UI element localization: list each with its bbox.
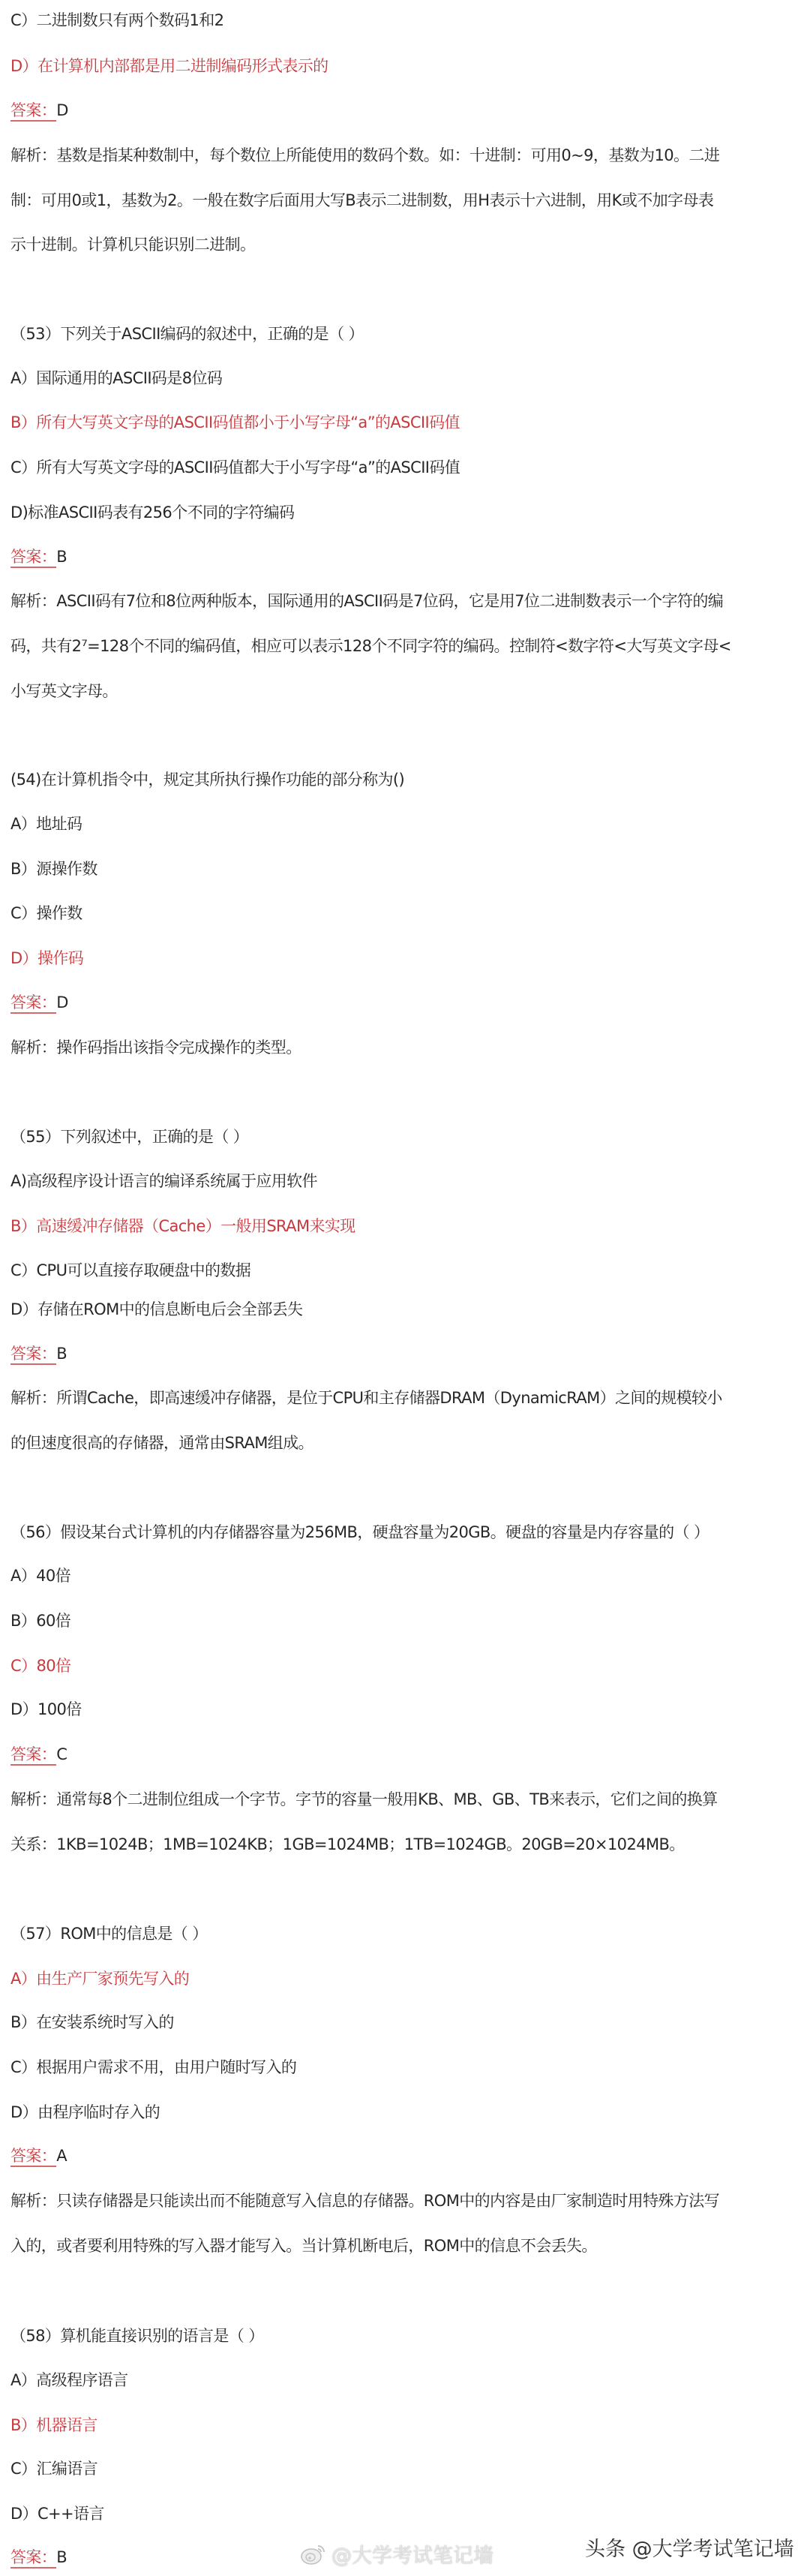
option-c: C）根据用户需求不用，由用户随时写入的 bbox=[10, 2056, 805, 2079]
option-d-correct: D）操作码 bbox=[10, 947, 805, 969]
explanation-line: 示十进制。计算机只能识别二进制。 bbox=[10, 233, 805, 256]
option-c: C）所有大写英文字母的ASCII码值都大于小写字母“a”的ASCII码值 bbox=[10, 456, 805, 479]
option-b: B）源操作数 bbox=[10, 858, 805, 880]
explanation-line: 入的，或者要利用特殊的写入器才能写入。当计算机断电后，ROM中的信息不会丢失。 bbox=[10, 2235, 805, 2257]
question-56-stem: （56）假设某台式计算机的内存储器容量为256MB，硬盘容量为20GB。硬盘的容… bbox=[10, 1521, 805, 1543]
question-54-stem: (54)在计算机指令中，规定其所执行操作功能的部分称为() bbox=[10, 768, 805, 791]
option-c: C）汇编语言 bbox=[10, 2457, 805, 2480]
answer-label: 答案： bbox=[10, 1345, 56, 1365]
answer-label: 答案： bbox=[10, 548, 56, 568]
explanation-line: 关系：1KB=1024B；1MB=1024KB；1GB=1024MB；1TB=1… bbox=[10, 1833, 805, 1856]
question-number: （55） bbox=[10, 1128, 60, 1146]
explanation-line: 解析：基数是指某种数制中，每个数位上所能使用的数码个数。如：十进制：可用0~9，… bbox=[10, 144, 805, 167]
option-a: A）40倍 bbox=[10, 1565, 805, 1587]
question-number: （56） bbox=[10, 1523, 60, 1541]
answer-value: B bbox=[56, 2548, 67, 2566]
answer-row: 答案：B bbox=[10, 546, 805, 568]
option-c: C）CPU可以直接存取硬盘中的数据 bbox=[10, 1259, 805, 1282]
question-number: （58） bbox=[10, 2327, 60, 2345]
option-d-correct: D）在计算机内部都是用二进制编码形式表示的 bbox=[10, 55, 805, 77]
question-55-stem: （55）下列叙述中，正确的是（ ） bbox=[10, 1126, 805, 1148]
toutiao-watermark: 头条 @大学考试笔记墙 bbox=[585, 2535, 794, 2565]
option-b-correct: B）机器语言 bbox=[10, 2414, 805, 2436]
answer-label: 答案： bbox=[10, 1745, 56, 1766]
answer-label: 答案： bbox=[10, 2548, 56, 2568]
answer-row: 答案：C bbox=[10, 1743, 805, 1766]
answer-label: 答案： bbox=[10, 101, 56, 122]
explanation-line: 解析：只读存储器是只能读出而不能随意写入信息的存储器。ROM中的内容是由厂家制造… bbox=[10, 2190, 805, 2212]
explanation-line: 解析：操作码指出该指令完成操作的类型。 bbox=[10, 1036, 805, 1059]
option-d: D）存储在ROM中的信息断电后会全部丢失 bbox=[10, 1298, 805, 1321]
option-c-correct: C）80倍 bbox=[10, 1655, 805, 1677]
answer-value: B bbox=[56, 1345, 67, 1363]
option-b: B）60倍 bbox=[10, 1610, 805, 1632]
answer-value: D bbox=[56, 993, 68, 1011]
option-b-correct: B）高速缓冲存储器（Cache）一般用SRAM来实现 bbox=[10, 1215, 805, 1237]
weibo-watermark-text: @大学考试笔记墙 bbox=[331, 2539, 493, 2568]
explanation-line: 的但速度很高的存储器，通常由SRAM组成。 bbox=[10, 1432, 805, 1454]
answer-value: D bbox=[56, 101, 68, 119]
answer-label: 答案： bbox=[10, 2147, 56, 2167]
question-text: 算机能直接识别的语言是（ ） bbox=[60, 2327, 263, 2345]
option-d: D）由程序临时存入的 bbox=[10, 2101, 805, 2124]
option-d: D)标准ASCII码表有256个不同的字符编码 bbox=[10, 501, 805, 524]
question-text: 假设某台式计算机的内存储器容量为256MB，硬盘容量为20GB。硬盘的容量是内存… bbox=[60, 1523, 709, 1541]
answer-row: 答案：D bbox=[10, 99, 805, 122]
option-b-correct: B）所有大写英文字母的ASCII码值都小于小写字母“a”的ASCII码值 bbox=[10, 411, 805, 434]
answer-value: B bbox=[56, 548, 67, 566]
option-a: A）国际通用的ASCII码是8位码 bbox=[10, 367, 805, 389]
option-d: D）C++语言 bbox=[10, 2502, 805, 2525]
weibo-icon bbox=[300, 2541, 327, 2565]
option-a: A)高级程序设计语言的编译系统属于应用软件 bbox=[10, 1170, 805, 1192]
explanation-line: 制：可用0或1，基数为2。一般在数字后面用大写B表示二进制数，用H表示十六进制，… bbox=[10, 189, 805, 212]
option-a-correct: A）由生产厂家预先写入的 bbox=[10, 1967, 805, 1990]
explanation-line: 小写英文字母。 bbox=[10, 680, 805, 702]
explanation-line: 解析：通常每8个二进制位组成一个字节。字节的容量一般用KB、MB、GB、TB来表… bbox=[10, 1788, 805, 1811]
answer-row: 答案：D bbox=[10, 991, 805, 1014]
question-text: ROM中的信息是（ ） bbox=[60, 1925, 207, 1943]
answer-value: C bbox=[56, 1745, 67, 1763]
question-text: 下列关于ASCII编码的叙述中，正确的是（ ） bbox=[60, 325, 364, 343]
option-a: A）地址码 bbox=[10, 813, 805, 835]
question-58-stem: （58）算机能直接识别的语言是（ ） bbox=[10, 2325, 805, 2347]
question-57-stem: （57）ROM中的信息是（ ） bbox=[10, 1922, 805, 1945]
question-text: 下列叙述中，正确的是（ ） bbox=[60, 1128, 248, 1146]
explanation-line: 码，共有2⁷=128个不同的编码值，相应可以表示128个不同字符的编码。控制符<… bbox=[10, 635, 805, 657]
question-number: （57） bbox=[10, 1925, 60, 1943]
option-d: D）100倍 bbox=[10, 1698, 805, 1721]
option-c: C）操作数 bbox=[10, 902, 805, 924]
explanation-line: 解析：所谓Cache，即高速缓冲存储器，是位于CPU和主存储器DRAM（Dyna… bbox=[10, 1387, 805, 1409]
question-number: (54) bbox=[10, 771, 41, 789]
weibo-watermark: @大学考试笔记墙 bbox=[300, 2538, 493, 2568]
option-b: B）在安装系统时写入的 bbox=[10, 2011, 805, 2033]
answer-value: A bbox=[56, 2147, 67, 2165]
question-53-stem: （53）下列关于ASCII编码的叙述中，正确的是（ ） bbox=[10, 323, 805, 345]
answer-row: 答案：B bbox=[10, 1342, 805, 1365]
explanation-line: 解析：ASCII码有7位和8位两种版本，国际通用的ASCII码是7位码，它是用7… bbox=[10, 590, 805, 612]
answer-label: 答案： bbox=[10, 993, 56, 1014]
answer-row: 答案：A bbox=[10, 2145, 805, 2167]
option-c: C）二进制数只有两个数码1和2 bbox=[10, 9, 805, 32]
question-text: 在计算机指令中，规定其所执行操作功能的部分称为() bbox=[41, 771, 404, 789]
question-number: （53） bbox=[10, 325, 60, 343]
option-a: A）高级程序语言 bbox=[10, 2369, 805, 2391]
